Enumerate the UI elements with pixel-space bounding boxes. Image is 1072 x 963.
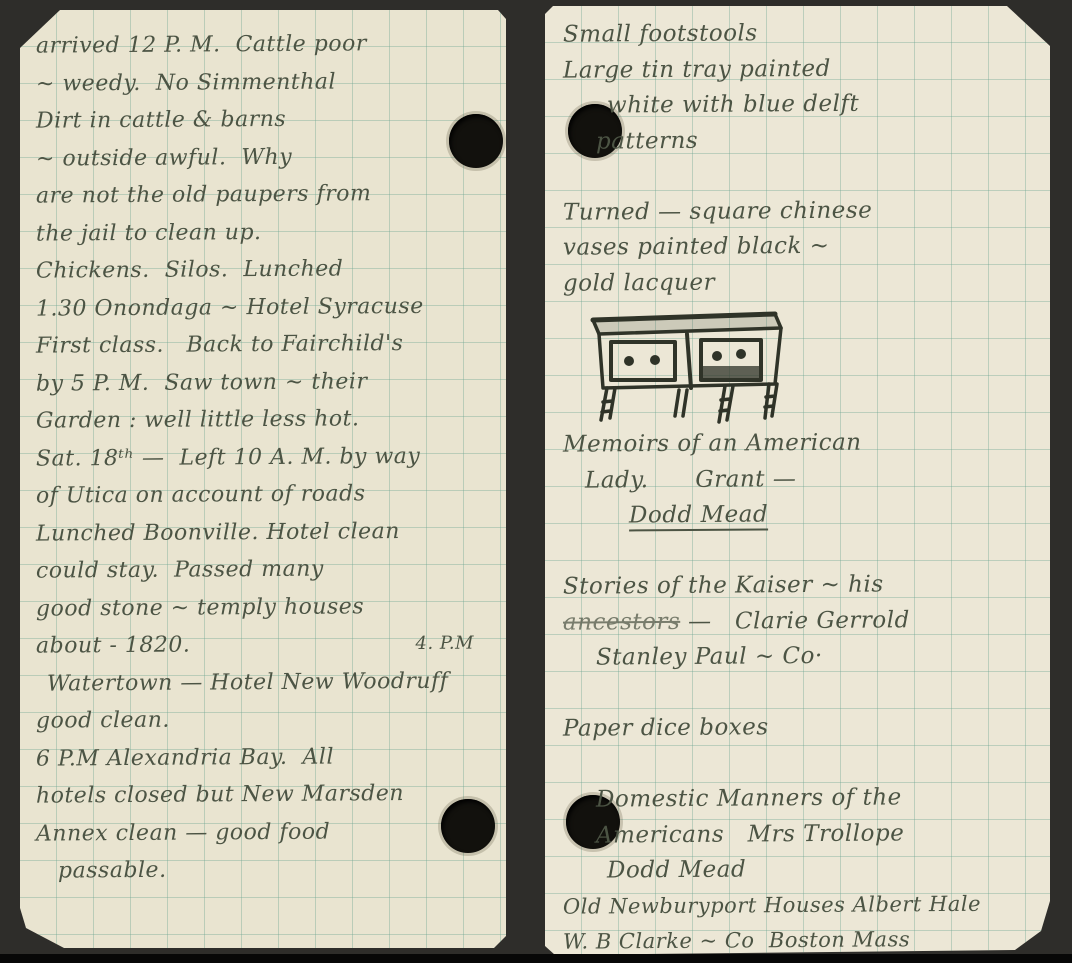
line-text: Lady. Grant — [585,466,796,493]
line-text: First class. Back to Fairchild's [36,331,404,359]
handwritten-line [563,531,1044,570]
line-text: W. B Clarke ~ Co Boston Mass [563,927,910,953]
handwritten-line: Paper dice boxes [563,708,1044,747]
handwritten-line: ~ outside awful. Why [36,137,500,178]
handwritten-line [563,156,1044,195]
handwritten-line: hotels closed but New Marsden [36,774,500,815]
handwritten-line: white with blue delft [607,85,1044,124]
handwritten-line: of Utica on account of roads [36,474,500,515]
handwritten-line: Chickens. Silos. Lunched [36,249,500,290]
line-text: Small footstools [563,20,758,47]
line-text: Stanley Paul ~ Co· [596,643,823,671]
line-text: gold lacquer [563,269,715,296]
handwritten-line: Lunched Boonville. Hotel clean [36,512,500,553]
handwritten-line: passable. [58,849,500,890]
line-text: Annex clean — good food [36,819,330,846]
line-text: passable. [58,858,167,884]
line-text: about - 1820. [36,633,191,659]
line-text: Turned — square chinese [563,197,872,225]
handwritten-line: are not the old paupers from [36,174,500,215]
line-text: Garden : well little less hot. [36,406,360,433]
handwritten-line: 1.30 Onondaga ~ Hotel Syracuse [36,287,500,328]
handwritten-line [563,673,1044,712]
line-text: — Clarie Gerrold [680,607,910,635]
notebook-left-page: arrived 12 P. M. Cattle poor~ weedy. No … [20,10,506,948]
line-text: 1.30 Onondaga ~ Hotel Syracuse [36,293,424,321]
two-drawer-table-sketch-icon [579,304,789,424]
struck-text: ancestors [563,608,680,635]
handwritten-line: First class. Back to Fairchild's [36,324,500,365]
right-page-handwriting-bottom: Memoirs of an AmericanLady. Grant —Dodd … [545,426,1050,959]
line-text: are not the old paupers from [36,181,371,208]
furniture-sketch [579,304,1050,424]
line-text: Stories of the Kaiser ~ his [563,571,884,599]
line-text: Watertown — Hotel New Woodruff [47,668,449,696]
line-text [563,164,571,190]
handwritten-line: Sat. 18ᵗʰ — Left 10 A. M. by way [36,437,500,478]
line-text: Old Newburyport Houses Albert Hale [563,891,981,918]
handwritten-line: about - 1820.4. P.M [36,624,500,665]
handwritten-line: Dirt in cattle & barns [36,99,500,140]
handwritten-line: ancestors — Clarie Gerrold [563,602,1044,641]
handwritten-line: Old Newburyport Houses Albert Hale [563,886,1044,925]
handwritten-line: Stanley Paul ~ Co· [596,637,1044,676]
line-text: Paper dice boxes [563,714,769,741]
handwritten-line: Large tin tray painted [563,50,1044,89]
notebook-right-page: Small footstoolsLarge tin tray paintedwh… [545,6,1050,955]
handwritten-line: good stone ~ temply houses [36,587,500,628]
line-text: good clean. [36,708,170,734]
handwritten-line: Dodd Mead [629,496,1044,534]
line-text: Chickens. Silos. Lunched [36,256,344,283]
line-text: ~ weedy. No Simmenthal [36,69,336,96]
handwritten-line: Stories of the Kaiser ~ his [563,566,1044,605]
line-text: Dodd Mead [629,501,768,531]
handwritten-line: Memoirs of an American [563,424,1044,463]
line-text: Domestic Manners of the [596,784,902,812]
handwritten-line: gold lacquer [563,263,1044,302]
handwritten-line: patterns [596,121,1044,160]
line-text: Dodd Mead [607,857,746,884]
line-text: 6 P.M Alexandria Bay. All [36,744,334,771]
handwritten-line: Watertown — Hotel New Woodruff [47,662,500,703]
line-text [563,680,571,706]
line-text: Memoirs of an American [563,430,862,458]
line-text: the jail to clean up. [36,220,262,247]
line-text: could stay. Passed many [36,557,324,584]
handwritten-line: arrived 12 P. M. Cattle poor [36,24,500,65]
line-text: Large tin tray painted [563,55,831,83]
handwritten-line: 6 P.M Alexandria Bay. All [36,737,500,778]
line-text [563,538,571,564]
line-text: Dirt in cattle & barns [36,107,286,134]
line-text: vases painted black ~ [563,233,830,261]
handwritten-line: Garden : well little less hot. [36,399,500,440]
line-text: hotels closed but New Marsden [36,781,404,809]
line-text: Sat. 18ᵗʰ — Left 10 A. M. by way [36,443,420,471]
handwritten-line: Americans Mrs Trollope [596,815,1044,854]
line-text: by 5 P. M. Saw town ~ their [36,369,368,396]
handwritten-line: Dodd Mead [607,850,1044,889]
handwritten-line: Turned — square chinese [563,192,1044,231]
line-text: white with blue delft [607,91,859,119]
handwritten-line: Small footstools [563,14,1044,53]
handwritten-line: Lady. Grant — [585,460,1044,499]
handwritten-line: good clean. [36,699,500,740]
right-page-handwriting-top: Small footstoolsLarge tin tray paintedwh… [545,6,1050,300]
handwritten-line: could stay. Passed many [36,549,500,590]
line-text: arrived 12 P. M. Cattle poor [36,31,367,58]
handwritten-line: Annex clean — good food [36,812,500,853]
line-text: Americans Mrs Trollope [596,820,904,848]
left-page-handwriting: arrived 12 P. M. Cattle poor~ weedy. No … [20,10,506,889]
margin-note: 4. P.M [415,625,474,663]
line-text: good stone ~ temply houses [36,594,364,621]
handwritten-line: ~ weedy. No Simmenthal [36,62,500,103]
handwritten-line [563,744,1044,783]
handwritten-line: by 5 P. M. Saw town ~ their [36,362,500,403]
line-text: ~ outside awful. Why [36,144,292,171]
handwritten-line: vases painted black ~ [563,227,1044,266]
line-text: of Utica on account of roads [36,481,366,508]
handwritten-line: the jail to clean up. [36,212,500,253]
handwritten-line: Domestic Manners of the [596,779,1044,818]
scan-bottom-border [0,954,1072,963]
line-text [563,751,571,777]
line-text: patterns [596,127,698,154]
line-text: Lunched Boonville. Hotel clean [36,519,400,547]
